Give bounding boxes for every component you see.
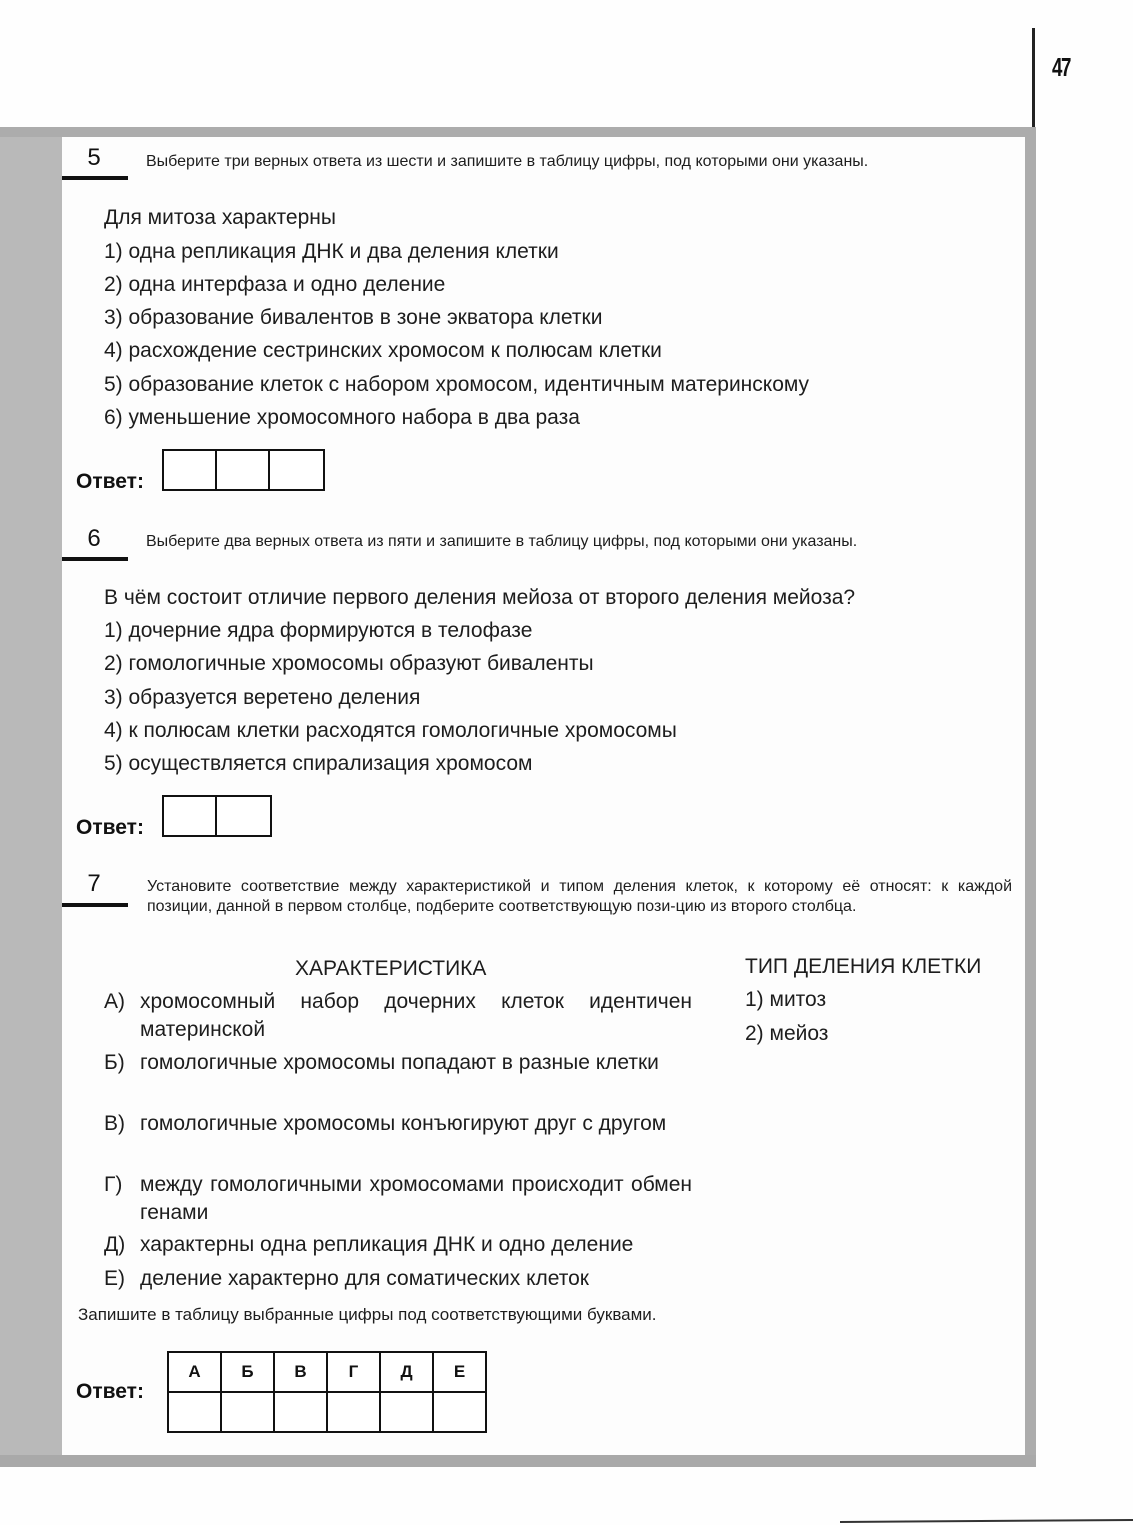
task-instruction: Выберите два верных ответа из пяти и зап…: [146, 532, 1012, 552]
characteristic-text: хромосомный набор дочерних клеток иденти…: [104, 988, 692, 1044]
division-type-2: 2) мейоз: [745, 1022, 828, 1046]
characteristic-text: деление характерно для соматических клет…: [104, 1265, 692, 1293]
task-number: 5: [64, 144, 124, 172]
task-number-underline: [62, 903, 128, 907]
answer-label: Ответ:: [76, 1380, 144, 1404]
grid-answer-row: [168, 1392, 486, 1432]
option-3: 3) образуется веретено деления: [104, 686, 420, 710]
characteristic-letter: Д): [104, 1231, 125, 1259]
answer-box-1[interactable]: [164, 451, 217, 489]
answer-box-1[interactable]: [164, 797, 217, 835]
option-5: 5) образование клеток с набором хромосом…: [104, 373, 809, 397]
characteristic-letter: В): [104, 1110, 125, 1138]
characteristic-a: А) хромосомный набор дочерних клеток иде…: [104, 988, 692, 1044]
division-types-header: ТИП ДЕЛЕНИЯ КЛЕТКИ: [745, 955, 981, 979]
characteristic-text: гомологичные хромосомы конъюгируют друг …: [104, 1110, 692, 1138]
characteristic-letter: Е): [104, 1265, 125, 1293]
grid-cell-e[interactable]: [433, 1392, 486, 1432]
grid-header-e: Е: [433, 1352, 486, 1392]
option-4: 4) расхождение сестринских хромосом к по…: [104, 339, 662, 363]
page-number: 47: [1052, 52, 1070, 83]
frame-right-band: [1025, 131, 1036, 1467]
option-5: 5) осуществляется спирализация хромосом: [104, 752, 532, 776]
option-6: 6) уменьшение хромосомного набора в два …: [104, 406, 580, 430]
task-instruction: Установите соответствие между характерис…: [147, 877, 1012, 917]
characteristic-e: Е) деление характерно для соматических к…: [104, 1265, 692, 1293]
characteristic-letter: Г): [104, 1171, 122, 1199]
grid-cell-a[interactable]: [168, 1392, 221, 1432]
characteristic-letter: Б): [104, 1049, 125, 1077]
grid-header-g: Г: [327, 1352, 380, 1392]
option-2: 2) одна интерфаза и одно деление: [104, 273, 445, 297]
grid-cell-d[interactable]: [380, 1392, 433, 1432]
grid-header-row: А Б В Г Д Е: [168, 1352, 486, 1392]
frame-top-band: [0, 127, 1036, 137]
page-bottom-edge: [840, 1519, 1133, 1523]
grid-header-v: В: [274, 1352, 327, 1392]
answer-boxes: [162, 449, 325, 491]
grid-header-d: Д: [380, 1352, 433, 1392]
grid-header-a: А: [168, 1352, 221, 1392]
option-1: 1) дочерние ядра формируются в телофазе: [104, 619, 532, 643]
answer-boxes: [162, 795, 272, 837]
frame-bottom-band: [0, 1455, 1036, 1467]
task-number: 7: [64, 870, 124, 898]
characteristics-header: ХАРАКТЕРИСТИКА: [295, 957, 486, 981]
question-stem: В чём состоит отличие первого деления ме…: [104, 586, 855, 610]
characteristic-text: характерны одна репликация ДНК и одно де…: [104, 1231, 692, 1259]
task-instruction: Выберите три верных ответа из шести и за…: [146, 152, 1012, 172]
division-type-1: 1) митоз: [745, 988, 826, 1012]
answer-box-2[interactable]: [217, 797, 270, 835]
characteristic-v: В) гомологичные хромосомы конъюгируют др…: [104, 1110, 692, 1138]
grid-cell-g[interactable]: [327, 1392, 380, 1432]
characteristic-d: Д) характерны одна репликация ДНК и одно…: [104, 1231, 692, 1259]
grid-cell-b[interactable]: [221, 1392, 274, 1432]
characteristic-text: между гомологичными хромосомами происход…: [104, 1171, 692, 1227]
characteristic-letter: А): [104, 988, 125, 1016]
characteristic-b: Б) гомологичные хромосомы попадают в раз…: [104, 1049, 692, 1077]
write-instruction: Запишите в таблицу выбранные цифры под с…: [78, 1305, 657, 1325]
frame-left-band: [0, 127, 62, 1467]
option-4: 4) к полюсам клетки расходятся гомологич…: [104, 719, 677, 743]
task-number-underline: [62, 176, 128, 180]
answer-label: Ответ:: [76, 816, 144, 840]
answer-box-3[interactable]: [270, 451, 323, 489]
answer-grid: А Б В Г Д Е: [167, 1351, 487, 1433]
grid-header-b: Б: [221, 1352, 274, 1392]
characteristic-g: Г) между гомологичными хромосомами проис…: [104, 1171, 692, 1227]
answer-box-2[interactable]: [217, 451, 270, 489]
question-stem: Для митоза характерны: [104, 206, 336, 230]
task-number: 6: [64, 525, 124, 553]
option-1: 1) одна репликация ДНК и два деления кле…: [104, 240, 559, 264]
page-vertical-rule: [1032, 28, 1035, 130]
task-number-underline: [62, 557, 128, 561]
answer-label: Ответ:: [76, 470, 144, 494]
grid-cell-v[interactable]: [274, 1392, 327, 1432]
option-2: 2) гомологичные хромосомы образуют бивал…: [104, 652, 594, 676]
option-3: 3) образование бивалентов в зоне экватор…: [104, 306, 602, 330]
characteristic-text: гомологичные хромосомы попадают в разные…: [104, 1049, 692, 1077]
